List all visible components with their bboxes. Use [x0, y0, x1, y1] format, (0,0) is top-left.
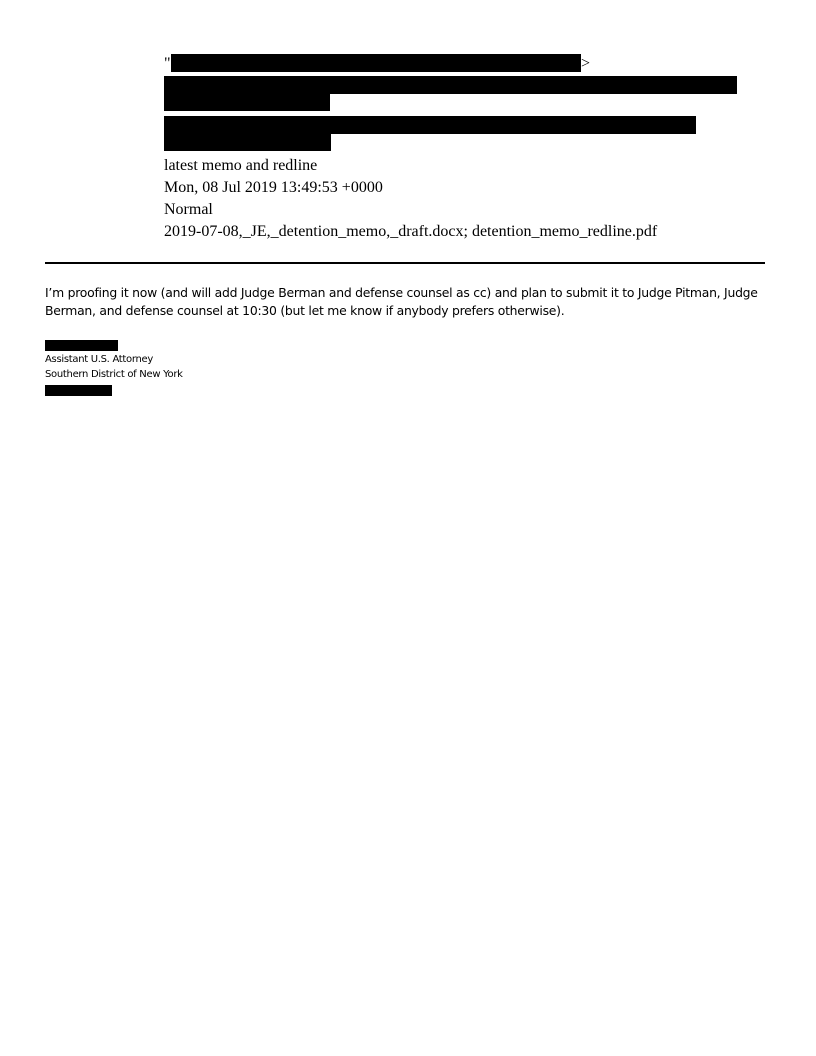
from-suffix: >: [581, 54, 590, 73]
signature-office: Southern District of New York: [45, 367, 183, 382]
header-divider: [45, 262, 765, 264]
email-body: I’m proofing it now (and will add Judge …: [45, 284, 775, 320]
importance-value: Normal: [164, 200, 213, 219]
signature-contact-redaction: [45, 385, 112, 396]
to-redaction-line1: [164, 76, 737, 94]
signature-name-redaction: [45, 340, 118, 351]
cc-redaction-line1: [164, 116, 696, 134]
signature-title: Assistant U.S. Attorney: [45, 352, 153, 367]
date-value: Mon, 08 Jul 2019 13:49:53 +0000: [164, 178, 383, 197]
attachments-value[interactable]: 2019-07-08,_JE,_detention_memo,_draft.do…: [164, 222, 657, 241]
to-redaction-line2: [164, 94, 330, 111]
from-redaction: [171, 54, 581, 72]
subject-value: latest memo and redline: [164, 156, 317, 175]
cc-redaction-line2: [164, 134, 331, 151]
from-quote: ": [164, 54, 171, 73]
